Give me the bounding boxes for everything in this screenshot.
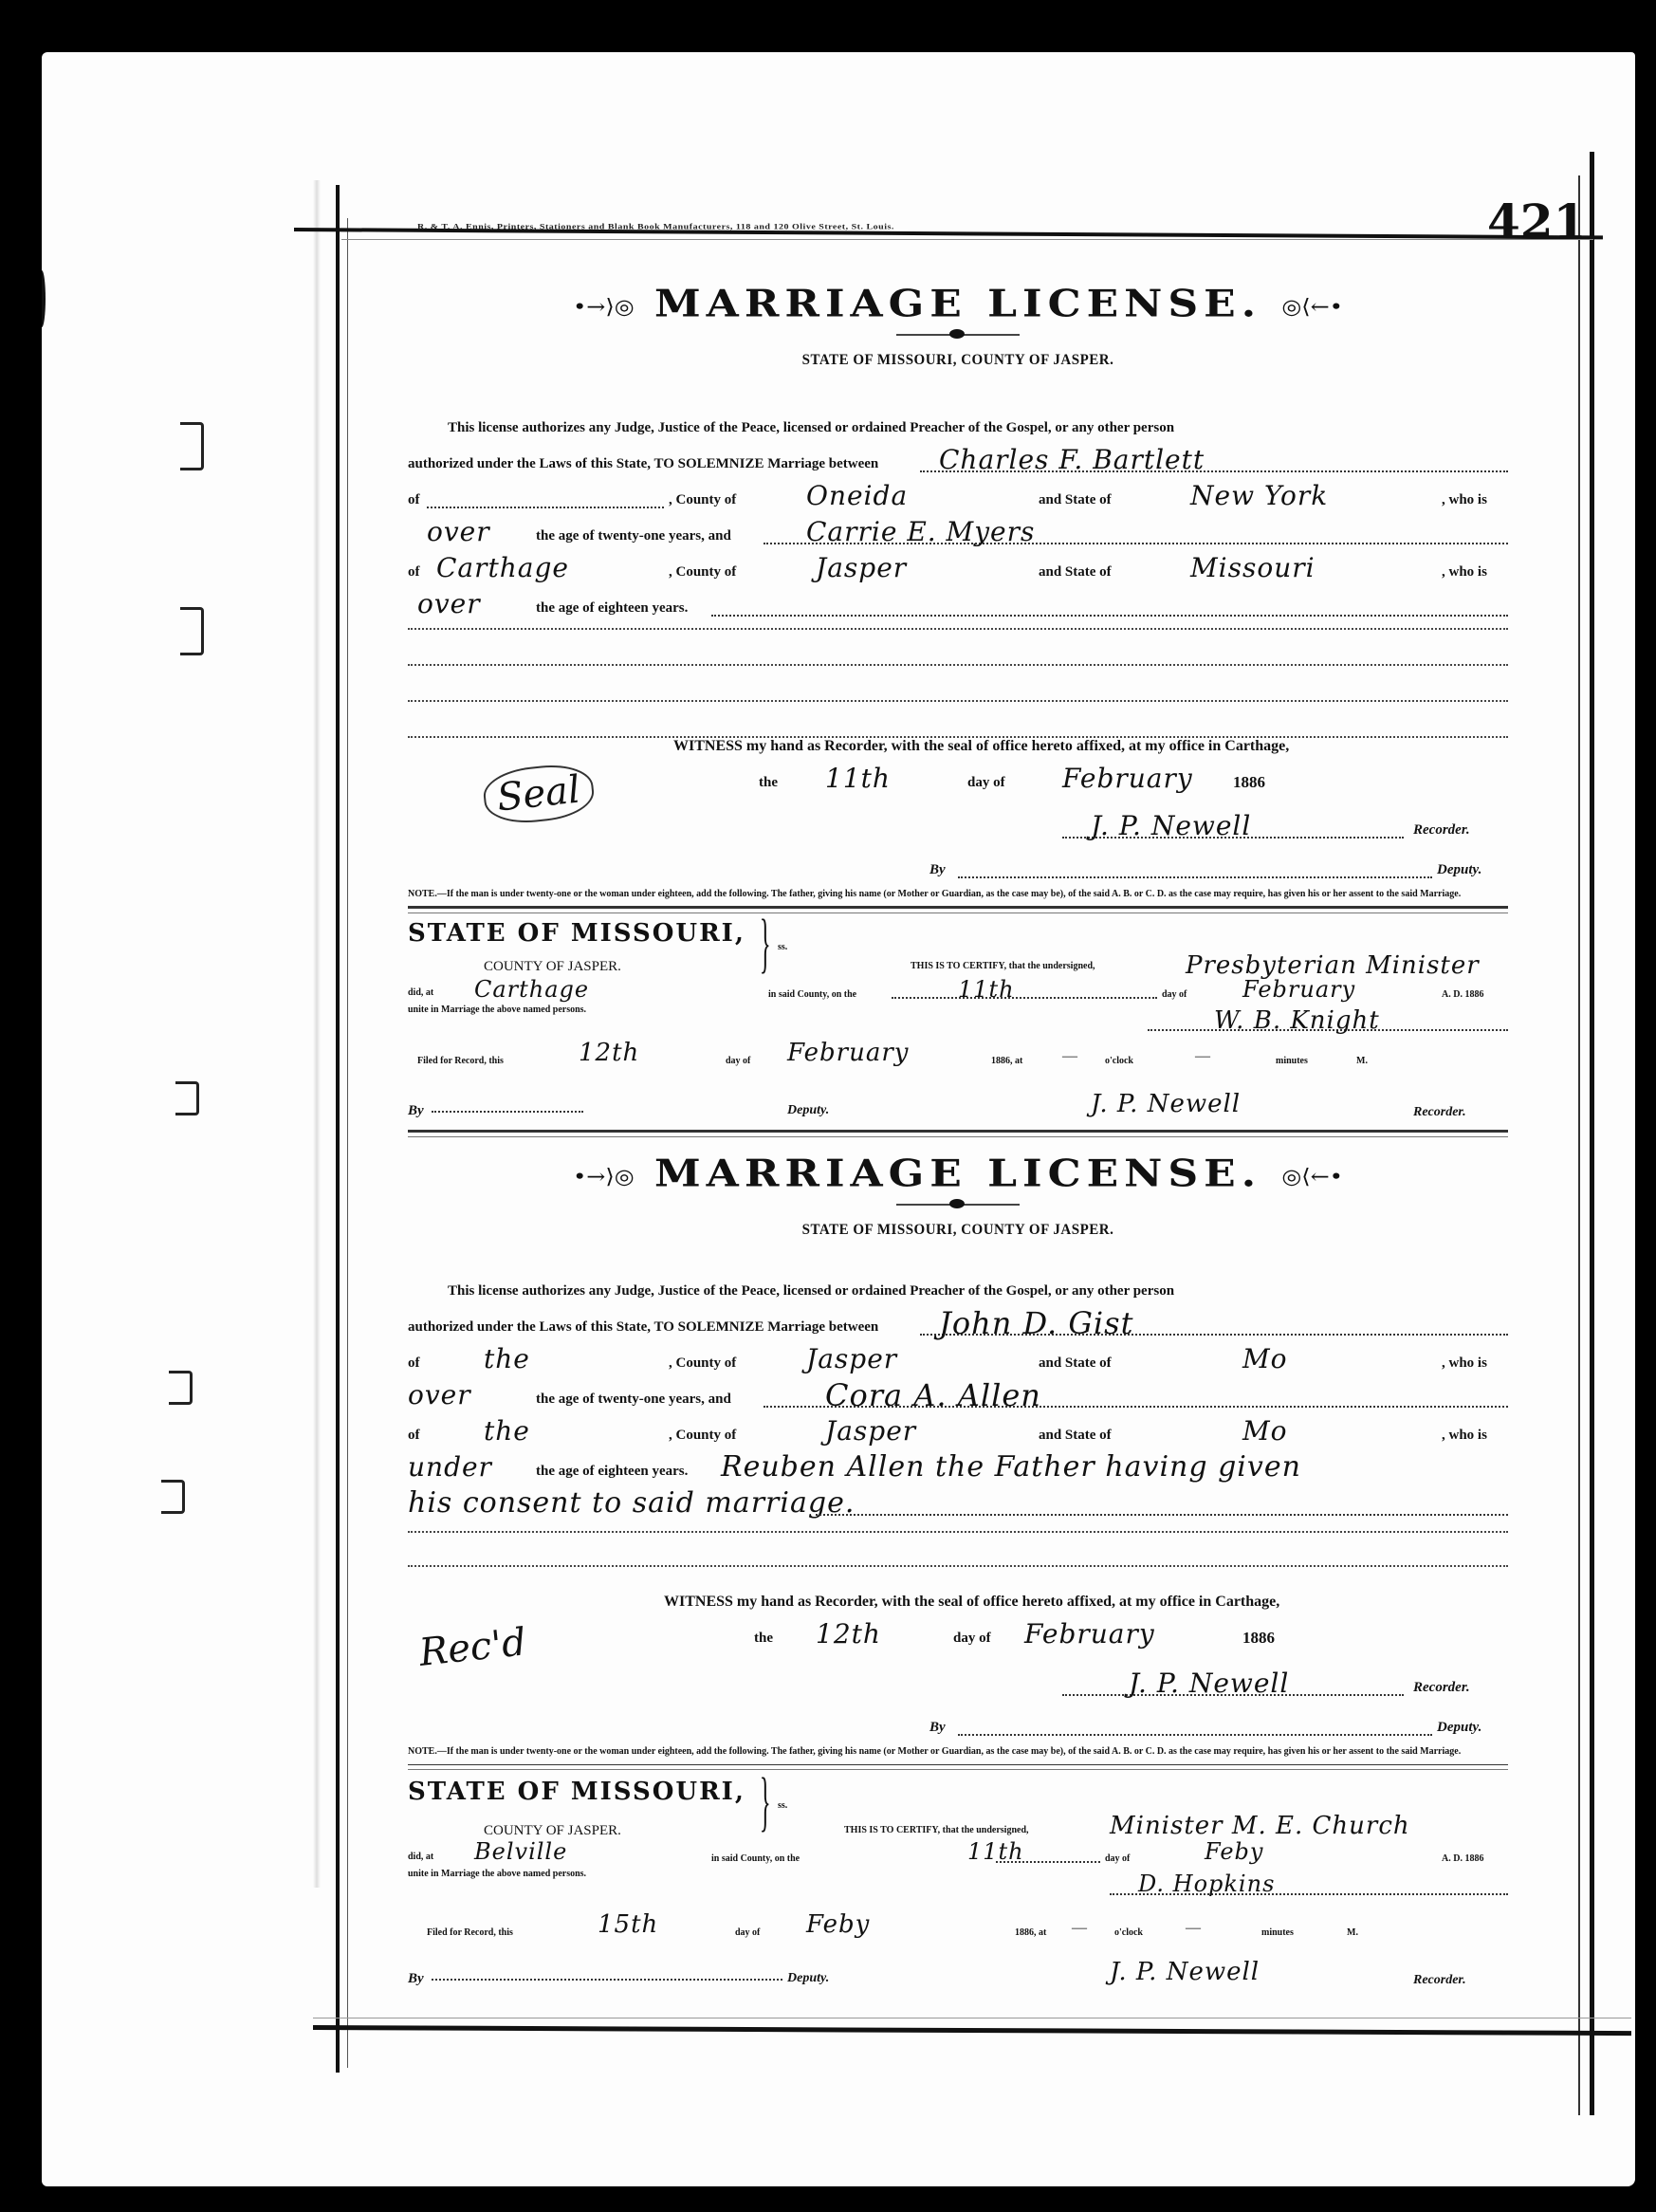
ornament-right-icon: ◎⟨←• <box>1281 1165 1343 1189</box>
license-2-body: This license authorizes any Judge, Justi… <box>408 1273 1508 1525</box>
cert-day: 11th <box>958 976 1015 1003</box>
bride-state: Mo <box>1242 1413 1288 1449</box>
groom-town: the <box>484 1341 530 1377</box>
blank-consent-line <box>408 628 1508 630</box>
note-text: NOTE.—If the man is under twenty-one or … <box>408 1745 1508 1758</box>
groom-name: Charles F. Bartlett <box>939 442 1205 478</box>
license-1-body: This license authorizes any Judge, Justi… <box>408 410 1508 626</box>
witness-day: 12th <box>816 1616 881 1652</box>
license-2-witness: WITNESS my hand as Recorder, with the se… <box>408 1584 1508 1758</box>
binder-hole-mark <box>175 1081 199 1115</box>
filed-month: February <box>787 1039 909 1067</box>
binder-hole-mark <box>180 422 204 470</box>
printer-imprint: R. & T. A. Ennis, Printers, Stationers a… <box>417 223 894 231</box>
binder-hole-mark <box>161 1480 185 1514</box>
deputy-line: By Deputy. <box>408 1709 1508 1745</box>
groom-residence-line: of the , County of Jasper and State of M… <box>408 1345 1508 1381</box>
ornamental-divider <box>896 1204 1020 1206</box>
groom-age-line: over the age of twenty-one years, and Ca… <box>408 518 1508 554</box>
frame-border-left-inner <box>347 218 348 2068</box>
groom-residence-line: of , County of Oneida and State of New Y… <box>408 482 1508 518</box>
officiant-signature: D. Hopkins <box>1138 1871 1275 1897</box>
witness-day: 11th <box>825 761 891 797</box>
officiant-signature: W. B. Knight <box>1214 1006 1380 1035</box>
consent-line-2: his consent to said marriage. <box>408 1485 855 1521</box>
footer-rule-thin <box>313 2018 1631 2018</box>
ornament-left-icon: •→⟩◎ <box>573 295 635 319</box>
paper-edge-curl <box>38 270 46 327</box>
cert-place: Carthage <box>474 976 589 1003</box>
license-subtitle: STATE OF MISSOURI, COUNTY OF JASPER. <box>408 353 1508 370</box>
page-number: 421 <box>1487 194 1586 249</box>
filed-minutes: — <box>1186 1920 1201 1937</box>
bride-residence-line: of the , County of Jasper and State of M… <box>408 1417 1508 1453</box>
document-page <box>42 52 1635 2186</box>
blank-consent-line <box>408 1565 1508 1567</box>
recorder-signature-line: J. P. Newell Recorder. <box>408 1669 1508 1705</box>
header-rule-thin <box>341 239 1593 240</box>
cert-place: Belville <box>474 1838 567 1865</box>
groom-state: Mo <box>1242 1341 1288 1377</box>
bride-county: Jasper <box>816 550 907 586</box>
bride-age: under <box>408 1449 492 1485</box>
license-1: •→⟩◎ MARRIAGE LICENSE. ◎⟨←• STATE OF MIS… <box>408 280 1508 369</box>
officiant-title: Minister M. E. Church <box>1110 1812 1410 1840</box>
witness-date-line: the 12th day of February 1886 <box>408 1620 1508 1656</box>
filed-day: 12th <box>579 1039 639 1067</box>
cert-county: COUNTY OF JASPER. <box>484 959 621 975</box>
witness-year: 1886 <box>1242 1620 1275 1656</box>
witness-month: February <box>1062 761 1193 797</box>
frame-border-right <box>1590 152 1594 2115</box>
frame-border-right-inner <box>1578 175 1580 2115</box>
bride-state: Missouri <box>1190 550 1316 586</box>
bride-town: Carthage <box>436 550 569 586</box>
recorder-signature: J. P. Newell <box>1129 1666 1289 1702</box>
consent-line-2-row: his consent to said marriage. <box>408 1489 1508 1525</box>
bride-name: Carrie E. Myers <box>806 514 1035 550</box>
license-subtitle: STATE OF MISSOURI, COUNTY OF JASPER. <box>408 1223 1508 1240</box>
deputy-line: By Deputy. <box>408 852 1508 888</box>
filed-month: Feby <box>806 1910 870 1939</box>
witness-year: 1886 <box>1233 765 1265 801</box>
recorder-signature: J. P. Newell <box>1091 808 1251 844</box>
bride-age-line: over the age of eighteen years. <box>408 590 1508 626</box>
blank-consent-line <box>408 700 1508 702</box>
cert-recorder-signature: J. P. Newell <box>1091 1090 1241 1118</box>
groom-age: over <box>427 514 490 550</box>
cert-month: Feby <box>1205 1838 1263 1865</box>
filed-hour: — <box>1062 1048 1077 1065</box>
license-1-witness: WITNESS my hand as Recorder, with the se… <box>408 728 1508 900</box>
cert-recorder-signature: J. P. Newell <box>1110 1958 1260 1986</box>
note-text: NOTE.—If the man is under twenty-one or … <box>408 888 1508 900</box>
bride-name: Cora A. Allen <box>825 1377 1041 1413</box>
page-fold-shadow <box>313 180 321 1888</box>
authorization-text-1: This license authorizes any Judge, Justi… <box>408 1273 1508 1309</box>
license-title: •→⟩◎ MARRIAGE LICENSE. ◎⟨←• <box>408 283 1508 326</box>
groom-state: New York <box>1190 478 1328 514</box>
brace-icon: } <box>760 906 771 982</box>
binder-hole-mark <box>169 1371 193 1405</box>
blank-consent-line <box>408 1531 1508 1533</box>
ornament-left-icon: •→⟩◎ <box>573 1165 635 1189</box>
groom-county: Oneida <box>806 478 908 514</box>
authorization-text-1: This license authorizes any Judge, Justi… <box>408 410 1508 446</box>
groom-age: over <box>408 1377 471 1413</box>
recorder-signature-line: J. P. Newell Recorder. <box>408 812 1508 848</box>
ornamental-divider <box>896 334 1020 336</box>
consent-line-1: Reuben Allen the Father having given <box>721 1449 1301 1485</box>
groom-age-line: over the age of twenty-one years, and Co… <box>408 1381 1508 1417</box>
bride-age-line: under the age of eighteen years. Reuben … <box>408 1453 1508 1489</box>
filed-hour: — <box>1072 1920 1087 1937</box>
groom-county: Jasper <box>806 1341 897 1377</box>
groom-name: John D. Gist <box>939 1305 1133 1341</box>
filed-minutes: — <box>1195 1048 1210 1065</box>
filed-day: 15th <box>598 1910 658 1939</box>
cert-month: February <box>1242 976 1355 1003</box>
brace-icon: } <box>760 1764 771 1840</box>
ornament-right-icon: ◎⟨←• <box>1281 295 1343 319</box>
license-title: •→⟩◎ MARRIAGE LICENSE. ◎⟨←• <box>408 1152 1508 1196</box>
cert-state: STATE OF MISSOURI, <box>408 1778 745 1806</box>
license-2: •→⟩◎ MARRIAGE LICENSE. ◎⟨←• STATE OF MIS… <box>408 1150 1508 1239</box>
cert-county: COUNTY OF JASPER. <box>484 1823 621 1839</box>
blank-consent-line <box>408 664 1508 666</box>
bride-age: over <box>417 586 481 622</box>
groom-line: authorized under the Laws of this State,… <box>408 446 1508 482</box>
bride-residence-line: of Carthage , County of Jasper and State… <box>408 554 1508 590</box>
binder-hole-mark <box>180 607 204 655</box>
frame-border-left <box>336 185 340 2073</box>
groom-line: authorized under the Laws of this State,… <box>408 1309 1508 1345</box>
bride-county: Jasper <box>825 1413 916 1449</box>
bride-town: the <box>484 1413 530 1449</box>
cert-state: STATE OF MISSOURI, <box>408 919 745 948</box>
witness-month: February <box>1024 1616 1155 1652</box>
